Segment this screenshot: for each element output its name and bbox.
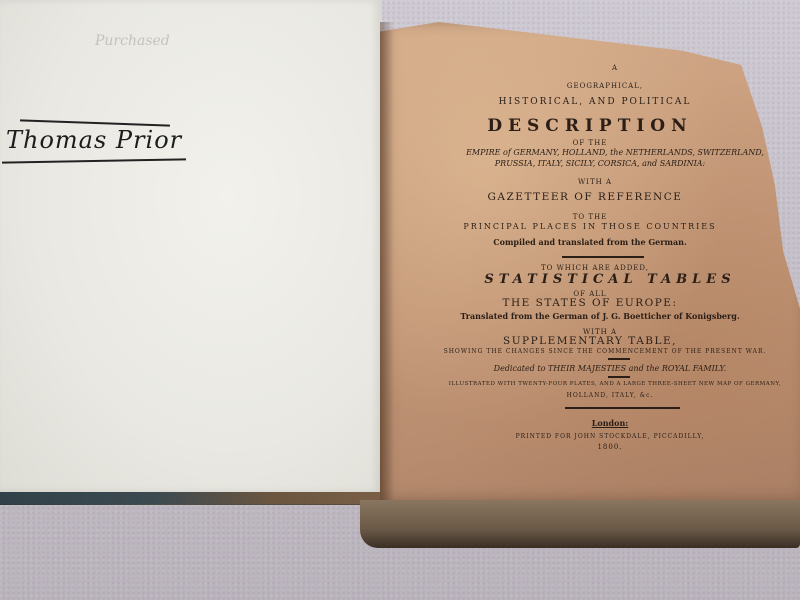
title-line-to-the: TO THE [405,213,775,221]
title-line-historical: HISTORICAL, AND POLITICAL [410,97,780,107]
title-line-of-the: OF THE [405,139,775,147]
title-line-year: 1800. [425,443,795,451]
title-line-gazetteer: GAZETTEER OF REFERENCE [400,191,770,203]
title-line-geographical: GEOGRAPHICAL, [420,82,790,90]
title-line-with-a: WITH A [410,178,780,186]
left-board-edge [0,492,385,504]
title-line-supplementary: SUPPLEMENTARY TABLE, [405,335,775,347]
title-line-prussia: PRUSSIA, ITALY, SICILY, CORSICA, and SAR… [415,159,785,168]
divider-rule-3 [608,376,630,378]
title-line-holland-italy: HOLLAND, ITALY, &c. [425,392,795,399]
title-line-compiled: Compiled and translated from the German. [405,237,775,247]
title-page [380,22,800,500]
text-block-edge [360,500,800,548]
title-line-description: DESCRIPTION [405,116,775,136]
title-line-dedicated: Dedicated to THEIR MAJESTIES and the ROY… [425,364,795,373]
divider-rule-4 [565,407,680,409]
signature-underline-bottom [2,158,186,163]
divider-rule-2 [608,358,630,360]
title-line-a: A [430,64,800,72]
title-line-london: London: [425,418,795,428]
flyleaf-page: Purchased Thomas Prior [0,0,382,492]
title-line-printed-for: PRINTED FOR JOHN STOCKDALE, PICCADILLY, [425,433,795,440]
title-line-to-which: TO WHICH ARE ADDED, [410,264,780,272]
divider-rule-1 [562,256,644,258]
gutter-shadow [380,22,394,500]
faint-inscription: Purchased [95,33,170,49]
title-line-empire: EMPIRE of GERMANY, HOLLAND, the NETHERLA… [430,148,800,157]
title-line-states-of-europe: THE STATES OF EUROPE: [405,297,775,309]
title-line-translated: Translated from the German of J. G. Boet… [415,311,785,321]
title-line-statistical-tables: STATISTICAL TABLES [425,272,795,287]
title-line-illustrated: ILLUSTRATED WITH TWENTY-FOUR PLATES, AND… [430,381,800,387]
title-line-principal: PRINCIPAL PLACES IN THOSE COUNTRIES [405,222,775,231]
signature-text: Thomas Prior [6,126,182,154]
owner-signature: Thomas Prior [2,118,187,168]
title-line-showing: SHOWING THE CHANGES SINCE THE COMMENCEME… [420,348,790,355]
